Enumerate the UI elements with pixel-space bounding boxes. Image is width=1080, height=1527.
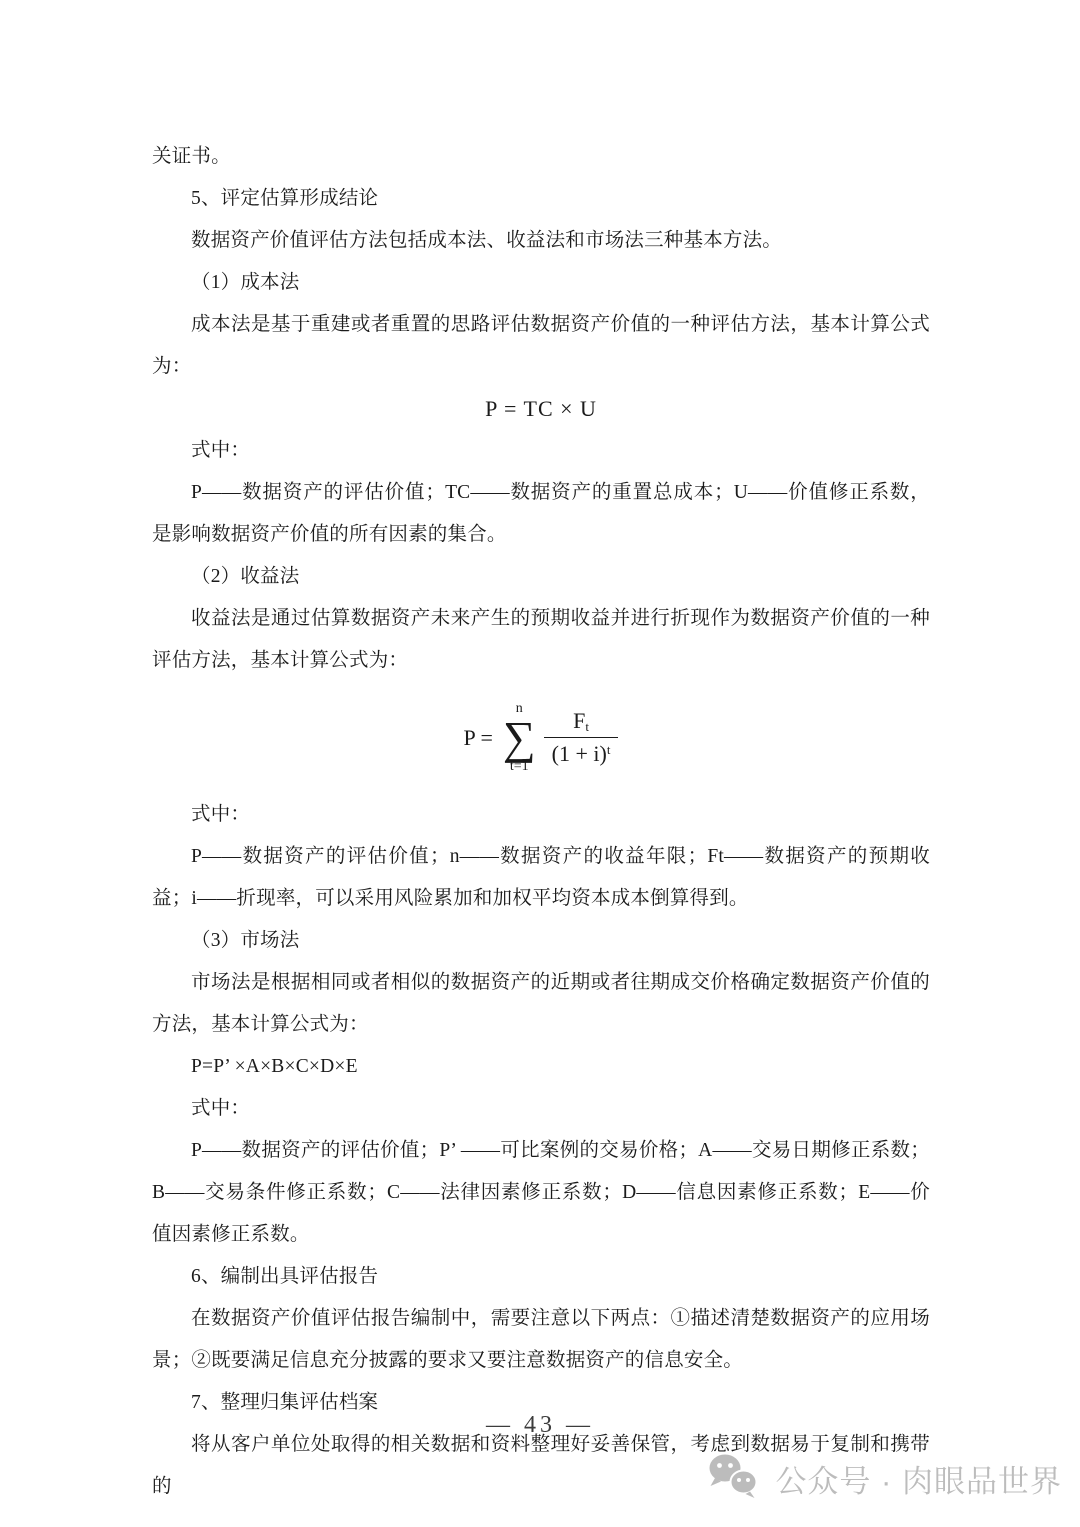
sigma-icon: ∑ [503, 717, 536, 759]
text-column: 关证书。 5、评定估算形成结论 数据资产价值评估方法包括成本法、收益法和市场法三… [152, 136, 930, 1508]
sigma-block: n ∑ t=1 [503, 701, 536, 774]
wechat-icon [705, 1453, 761, 1503]
paragraph-cost-variables: P——数据资产的评估价值；TC——数据资产的重置总成本；U——价值修正系数，是影… [152, 472, 930, 556]
document-page: 关证书。 5、评定估算形成结论 数据资产价值评估方法包括成本法、收益法和市场法三… [0, 0, 1080, 1527]
label-where-1: 式中： [152, 430, 930, 472]
fraction-numerator: Ft [565, 709, 597, 737]
page-number: — 43 — [0, 1412, 1080, 1439]
paragraph-report-notes: 在数据资产价值评估报告编制中，需要注意以下两点：①描述清楚数据资产的应用场景；②… [152, 1298, 930, 1382]
formula-market-method: P=P’ ×A×B×C×D×E [152, 1046, 930, 1088]
formula-income-method: P = n ∑ t=1 Ft (1 + i)t [152, 684, 930, 792]
subheading-cost-method: （1）成本法 [152, 262, 930, 304]
fraction: Ft (1 + i)t [544, 709, 619, 768]
sigma-lower-limit: t=1 [510, 759, 529, 774]
subheading-market-method: （3）市场法 [152, 920, 930, 962]
label-where-3: 式中： [152, 1088, 930, 1130]
heading-6: 6、编制出具评估报告 [152, 1256, 930, 1298]
paragraph-market-variables: P——数据资产的评估价值；P’ ——可比案例的交易价格；A——交易日期修正系数；… [152, 1130, 930, 1256]
formula-cost-method: P = TC × U [152, 388, 930, 430]
heading-5: 5、评定估算形成结论 [152, 178, 930, 220]
paragraph-market-method: 市场法是根据相同或者相似的数据资产的近期或者往期成交价格确定数据资产价值的方法，… [152, 962, 930, 1046]
fraction-denominator: (1 + i)t [544, 737, 619, 767]
watermark-badge: 公众号 · 肉眼品世界 [705, 1453, 1062, 1503]
subheading-income-method: （2）收益法 [152, 556, 930, 598]
label-where-2: 式中： [152, 794, 930, 836]
paragraph-income-variables: P——数据资产的评估价值；n——数据资产的收益年限；Ft——数据资产的预期收益；… [152, 836, 930, 920]
paragraph-continuation: 关证书。 [152, 136, 930, 178]
paragraph-income-method: 收益法是通过估算数据资产未来产生的预期收益并进行折现作为数据资产价值的一种评估方… [152, 598, 930, 682]
paragraph-methods-overview: 数据资产价值评估方法包括成本法、收益法和市场法三种基本方法。 [152, 220, 930, 262]
paragraph-cost-method: 成本法是基于重建或者重置的思路评估数据资产价值的一种评估方法，基本计算公式为： [152, 304, 930, 388]
formula-lhs: P = [464, 725, 493, 751]
watermark-text: 公众号 · 肉眼品世界 [775, 1456, 1062, 1501]
